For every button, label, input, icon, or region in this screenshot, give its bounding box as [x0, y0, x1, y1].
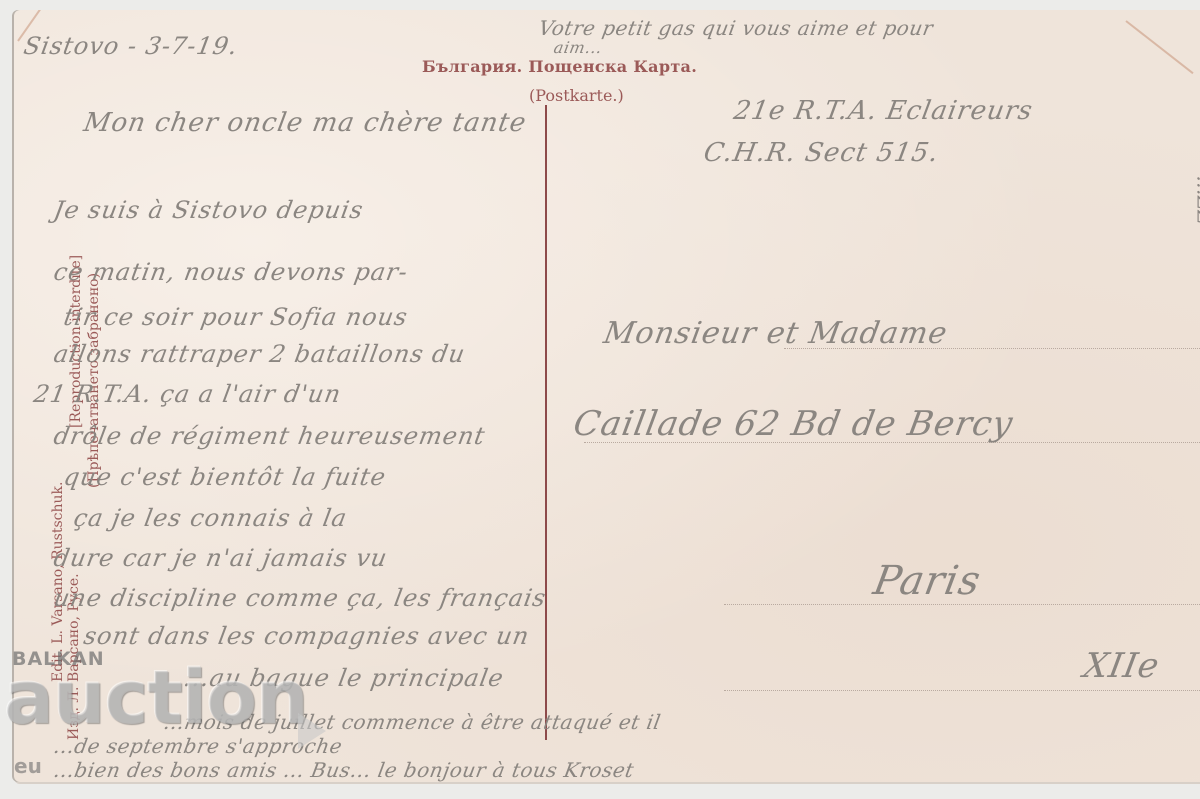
postcard-subtitle: (Postkarte.)	[529, 86, 624, 105]
message-line: tir ce soir pour Sofia nous	[62, 303, 411, 331]
side-note: ...ZZ	[1193, 175, 1200, 224]
sender-unit: 21e R.T.A. Eclaireurs	[731, 96, 1035, 126]
message-line: 21 R.T.A. ça a l'air d'un	[32, 380, 344, 408]
address-line	[724, 690, 1200, 691]
center-divider	[545, 105, 547, 740]
message-line: Mon cher oncle ma chère tante	[81, 108, 529, 138]
date-line: Sistovo - 3-7-19.	[22, 32, 241, 60]
address-line	[724, 604, 1200, 605]
message-line: ça je les connais à la	[72, 504, 350, 532]
address-recipient: Monsieur et Madame	[601, 316, 950, 351]
message-line: ...bien des bons amis ... Bus... le bonj…	[52, 758, 636, 782]
stain-mark	[1125, 20, 1193, 74]
message-line: allons rattraper 2 bataillons du	[52, 340, 468, 368]
message-line: sont dans les compagnies avec un	[82, 622, 532, 650]
address-line	[1139, 348, 1200, 349]
address-arrondissement: XIIe	[1080, 646, 1162, 686]
message-line: ce matin, nous devons par-	[52, 258, 411, 286]
message-line: Je suis à Sistovo depuis	[52, 196, 366, 224]
address-street: Caillade 62 Bd de Bercy	[570, 404, 1016, 444]
message-line: que c'est bientôt la fuite	[62, 463, 389, 491]
message-line: drôle de régiment heureusement	[52, 422, 488, 450]
address-city: Paris	[870, 558, 985, 604]
sender-section: C.H.R. Sect 515.	[701, 138, 941, 168]
postcard-title: България. Пощенска Карта.	[422, 57, 697, 76]
watermark-auction: auction	[4, 655, 308, 741]
top-margin-note-2: aim...	[552, 38, 603, 57]
watermark-arrow-icon	[298, 713, 326, 749]
message-line: dure car je n'ai jamais vu	[52, 544, 390, 572]
watermark-eu: eu	[14, 754, 42, 778]
message-line: une discipline comme ça, les français	[52, 584, 549, 612]
top-margin-note: Votre petit gas qui vous aime et pour	[537, 16, 935, 40]
